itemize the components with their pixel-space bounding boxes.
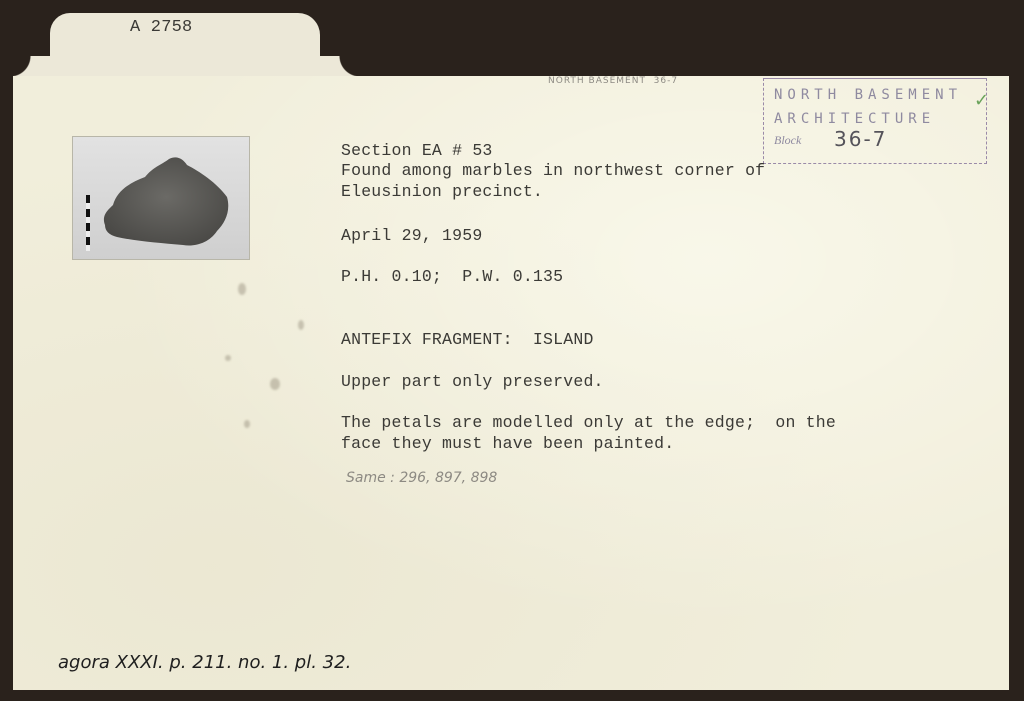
- stone-fragment-image: [99, 153, 231, 249]
- stain: [238, 283, 246, 295]
- artifact-photo: [72, 136, 250, 260]
- stamp-block-label: Block: [774, 133, 801, 148]
- condition-note: Upper part only preserved.: [341, 371, 604, 392]
- stain: [225, 355, 231, 361]
- stamp-line-1: NORTH BASEMENT: [774, 87, 962, 103]
- check-mark-icon: ✓: [974, 90, 989, 111]
- stamp-line-2: ARCHITECTURE: [774, 111, 935, 127]
- stamp-block-number: 36-7: [834, 127, 887, 151]
- pencil-same-references: Same : 296, 897, 898: [346, 470, 497, 486]
- find-date: April 29, 1959: [341, 225, 482, 246]
- description-line-1: The petals are modelled only at the edge…: [341, 412, 836, 433]
- section-line: Section EA # 53: [341, 140, 493, 161]
- stain: [244, 420, 250, 428]
- dimensions: P.H. 0.10; P.W. 0.135: [341, 266, 563, 287]
- bibliography-reference: agora XXXI. p. 211. no. 1. pl. 32.: [58, 652, 351, 673]
- stain: [298, 320, 304, 330]
- pencil-location-note: NORTH BASEMENT 36-7: [548, 76, 678, 86]
- findspot-line-2: Eleusinion precinct.: [341, 181, 543, 202]
- stain: [270, 378, 280, 390]
- description-line-2: face they must have been painted.: [341, 433, 674, 454]
- accession-number: A 2758: [130, 17, 192, 38]
- findspot-line-1: Found among marbles in northwest corner …: [341, 160, 765, 181]
- storage-stamp: NORTH BASEMENT ARCHITECTURE Block 36-7: [763, 78, 987, 164]
- scale-bar: [86, 195, 90, 251]
- object-title: ANTEFIX FRAGMENT: ISLAND: [341, 329, 594, 350]
